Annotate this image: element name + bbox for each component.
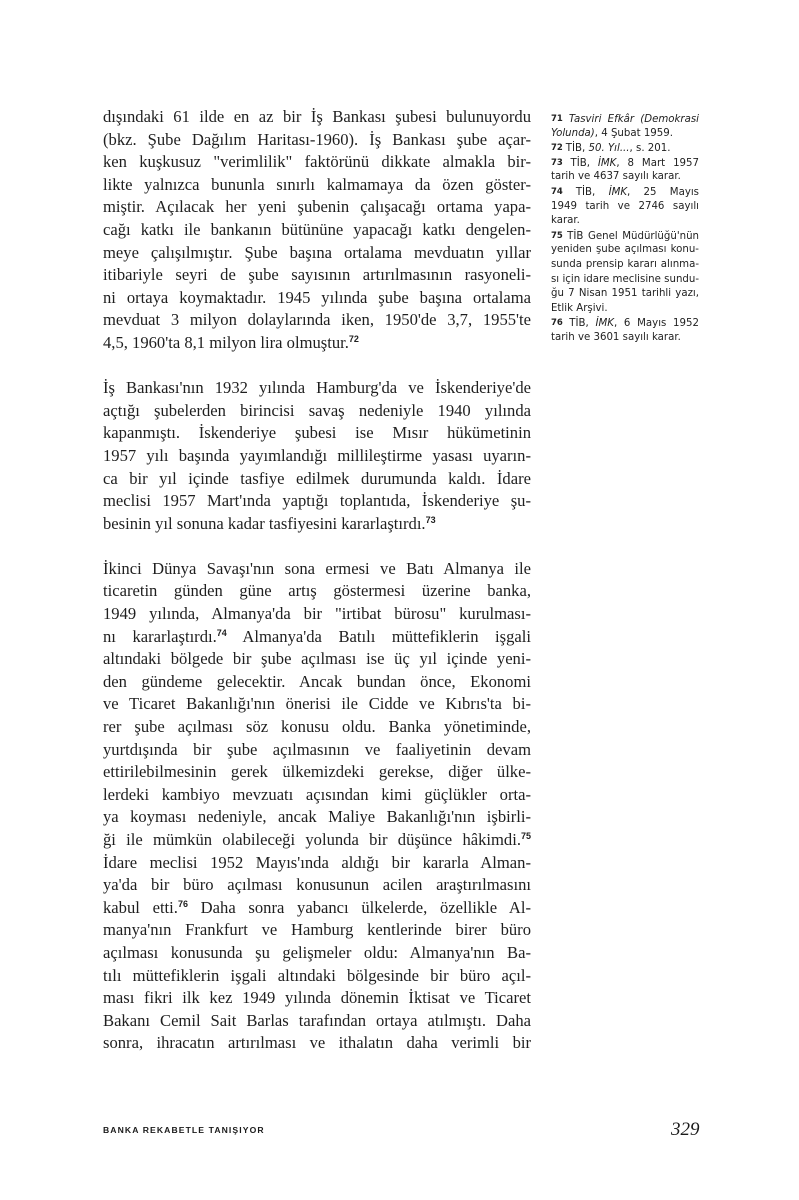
footnote-73: 73 TİB, İMK, 8 Mart 1957 [551,156,699,171]
text-line: sonra, ihracatın artırılması ve ithalatı… [103,1032,531,1055]
footnote-line: sunda prensip kararı alınma- [551,258,699,273]
text-line: ca bir yıl içinde tasfiye edilmek durumu… [103,468,531,491]
text-line: ettirilebilmesinin gerek ülkemizdeki ger… [103,761,531,784]
text-line: ve Ticaret Bakanlığı'nın önerisi ile Cid… [103,693,531,716]
text-line: meclisi 1957 Mart'ında yaptığı toplantıd… [103,490,531,513]
footnote-ref-76[interactable]: 76 [178,899,188,909]
text-line: rer şube açılması söz konusu oldu. Banka… [103,716,531,739]
footnote-number: 72 [551,143,566,153]
paragraph-2: İş Bankası'nın 1932 yılında Hamburg'da v… [103,377,531,535]
footnote-72: 72 TİB, 50. Yıl..., s. 201. [551,141,699,156]
text-line: besinin yıl sonuna kadar tasfiyesini kar… [103,513,531,536]
text-line: altındaki bölgede bir şube açılması ise … [103,648,531,671]
footnote-ref-72[interactable]: 72 [349,334,359,344]
footnote-line: ğu 7 Nisan 1951 tarihli yazı, [551,287,699,302]
text-line: likte yalnızca bununla sınırlı kalmamaya… [103,174,531,197]
footnote-line: Yolunda), 4 Şubat 1959. [551,127,699,142]
footnote-line: sı için idare meclisine sundu- [551,273,699,288]
footnote-number: 75 [551,231,567,241]
footnote-line: tarih ve 4637 sayılı karar. [551,170,699,185]
footnote-71: 71 Tasviri Efkâr (Demokrasi [551,112,699,127]
footnote-number: 74 [551,187,576,197]
footnote-line: 1949 tarih ve 2746 sayılı [551,200,699,215]
text-line: meye çalışılmıştır. Şube başına ortalama… [103,242,531,265]
footnote-ref-73[interactable]: 73 [426,515,436,525]
text-line: ği ile mümkün olabileceği yolunda bir dü… [103,829,531,852]
text-line: kabul etti.76 Daha sonra yabancı ülkeler… [103,897,531,920]
text-line: ya koyması nedeniyle, ancak Maliye Bakan… [103,806,531,829]
text-line: İş Bankası'nın 1932 yılında Hamburg'da v… [103,377,531,400]
text-line: itibariyle seyri de şube sayısının artır… [103,264,531,287]
footnote-number: 71 [551,114,569,124]
text-line: 1957 yılı başında yayımlandığı millileşt… [103,445,531,468]
text-line: (bkz. Şube Dağılım Haritası-1960). İş Ba… [103,129,531,152]
footnote-ref-74[interactable]: 74 [217,628,227,638]
text-line: mevduat 3 milyon dolaylarında iken, 1950… [103,309,531,332]
text-line: ni ortaya koymaktadır. 1945 yılında şube… [103,287,531,310]
text-line: dışındaki 61 ilde en az bir İş Bankası ş… [103,106,531,129]
text-line: lerdeki kambiyo mevzuatı açısından kimi … [103,784,531,807]
running-title: BANKA REKABETLE TANIŞIYOR [103,1125,265,1135]
text-line: ması fikri ilk kez 1949 yılında dönemin … [103,987,531,1010]
text-line: den gündeme gelecektir. Ancak bundan önc… [103,671,531,694]
text-line: cağı katkı ile bankanın bütününe yapacağ… [103,219,531,242]
text-line: tılı müttefiklerin işgali altındaki bölg… [103,965,531,988]
paragraph-3: İkinci Dünya Savaşı'nın sona ermesi ve B… [103,558,531,1055]
paragraph-gap [103,355,531,378]
text-line: açılması konusunda şu gelişmeler oldu: A… [103,942,531,965]
paragraph-1: dışındaki 61 ilde en az bir İş Bankası ş… [103,106,531,355]
text-line: 1949 yılında, Almanya'da bir "irtibat bü… [103,603,531,626]
text-line: İdare meclisi 1952 Mayıs'ında aldığı bir… [103,852,531,875]
text-line: manya'nın Frankfurt ve Hamburg kentlerin… [103,919,531,942]
text-line: miştir. Açılacak her yeni şubenin çalışa… [103,196,531,219]
text-line: kapanmıştı. İskenderiye şubesi ise Mısır… [103,422,531,445]
sidenotes-column: 71 Tasviri Efkâr (DemokrasiYolunda), 4 Ş… [551,112,699,346]
footnote-74: 74 TİB, İMK, 25 Mayıs [551,185,699,200]
text-line: ticaretin günden güne artış göstermesi ü… [103,580,531,603]
text-line: açtığı şubelerden birincisi savaş nedeni… [103,400,531,423]
page-number: 329 [671,1119,700,1141]
footnote-ref-75[interactable]: 75 [521,831,531,841]
text-line: yurtdışında bir şube açılmasının ve faal… [103,739,531,762]
footnote-number: 73 [551,158,570,168]
text-line: Bakanı Cemil Sait Barlas tarafından orta… [103,1010,531,1033]
footnote-75: 75 TİB Genel Müdürlüğü'nün [551,229,699,244]
text-line: ken kuşkusuz "verimlilik" faktörünü dikk… [103,151,531,174]
text-line: 4,5, 1960'ta 8,1 milyon lira olmuştur.72 [103,332,531,355]
text-line: ya'da bir büro açılması konusunun acilen… [103,874,531,897]
paragraph-gap [103,535,531,558]
footnote-line: Etlik Arşivi. [551,302,699,317]
footnote-line: tarih ve 3601 sayılı karar. [551,331,699,346]
text-line: nı kararlaştırdı.74 Almanya'da Batılı mü… [103,626,531,649]
main-text-column: dışındaki 61 ilde en az bir İş Bankası ş… [103,106,531,1055]
footnote-line: yeniden şube açılması konu- [551,243,699,258]
book-page: dışındaki 61 ilde en az bir İş Bankası ş… [0,0,799,1200]
footnote-line: karar. [551,214,699,229]
text-line: İkinci Dünya Savaşı'nın sona ermesi ve B… [103,558,531,581]
footnote-number: 76 [551,318,569,328]
footnote-76: 76 TİB, İMK, 6 Mayıs 1952 [551,316,699,331]
